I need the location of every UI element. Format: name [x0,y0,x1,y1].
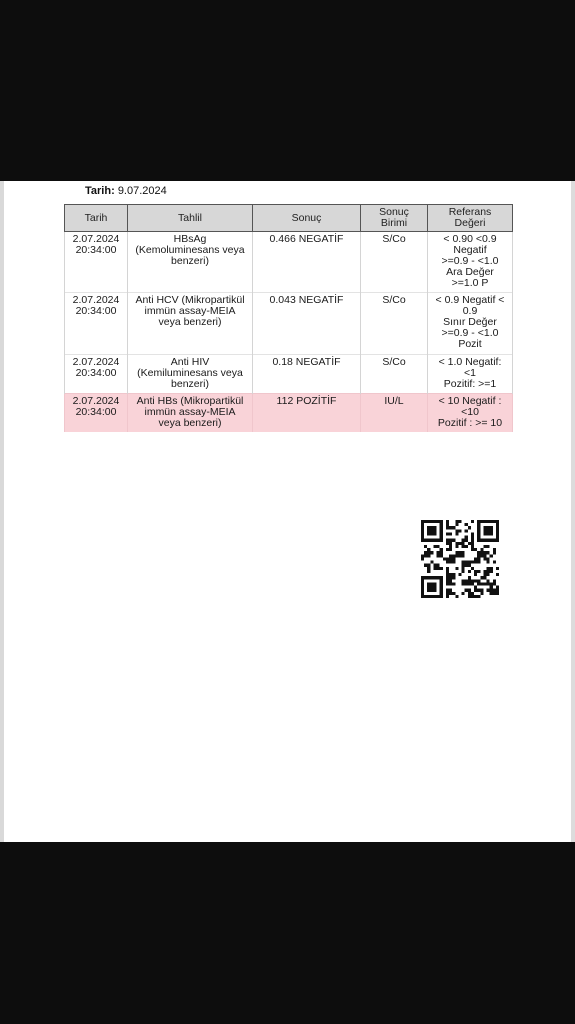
header-test: Tahlil [128,205,253,232]
cell-date: 2.07.2024 20:34:00 [65,293,128,355]
table-row-highlighted: 2.07.2024 20:34:00 Anti HBs (Mikropartik… [65,394,513,432]
cell-test: Anti HCV (Mikropartikül immün assay-MEIA… [128,293,253,355]
cell-result: 112 POZİTİF [253,394,361,432]
page-edge-right [571,181,575,842]
table-header-row: Tarih Tahlil Sonuç Sonuç Birimi Referans… [65,205,513,232]
cell-unit: S/Co [361,355,428,394]
report-date-value: 9.07.2024 [118,185,167,197]
page-edge-left [0,181,4,842]
report-date: Tarih: 9.07.2024 [85,185,167,197]
cell-test: Anti HBs (Mikropartikül immün assay-MEIA… [128,394,253,432]
qr-code-icon [421,520,499,598]
cell-reference: < 10 Negatif : <10 Pozitif : >= 10 [428,394,513,432]
cell-test: Anti HIV (Kemiluminesans veya benzeri) [128,355,253,394]
cell-reference: < 0.90 <0.9 Negatif >=0.9 - <1.0 Ara Değ… [428,232,513,293]
cell-unit: S/Co [361,232,428,293]
table-row: 2.07.2024 20:34:00 Anti HCV (Mikropartik… [65,293,513,355]
header-reference: Referans Değeri [428,205,513,232]
header-unit: Sonuç Birimi [361,205,428,232]
cell-date: 2.07.2024 20:34:00 [65,355,128,394]
cell-unit: IU/L [361,394,428,432]
cell-result: 0.043 NEGATİF [253,293,361,355]
header-result: Sonuç [253,205,361,232]
cell-date: 2.07.2024 20:34:00 [65,394,128,432]
cell-result: 0.18 NEGATİF [253,355,361,394]
report-date-label: Tarih: [85,185,115,197]
cell-date: 2.07.2024 20:34:00 [65,232,128,293]
cell-reference: < 0.9 Negatif < 0.9 Sınır Değer >=0.9 - … [428,293,513,355]
cell-test: HBsAg (Kemoluminesans veya benzeri) [128,232,253,293]
document-page: Tarih: 9.07.2024 Tarih Tahlil Sonuç Sonu… [0,181,575,842]
table-row: 2.07.2024 20:34:00 HBsAg (Kemoluminesans… [65,232,513,293]
cell-reference: < 1.0 Negatif: <1 Pozitif: >=1 [428,355,513,394]
cell-unit: S/Co [361,293,428,355]
cell-result: 0.466 NEGATİF [253,232,361,293]
results-table: Tarih Tahlil Sonuç Sonuç Birimi Referans… [64,204,513,432]
table-row: 2.07.2024 20:34:00 Anti HIV (Kemilumines… [65,355,513,394]
header-date: Tarih [65,205,128,232]
